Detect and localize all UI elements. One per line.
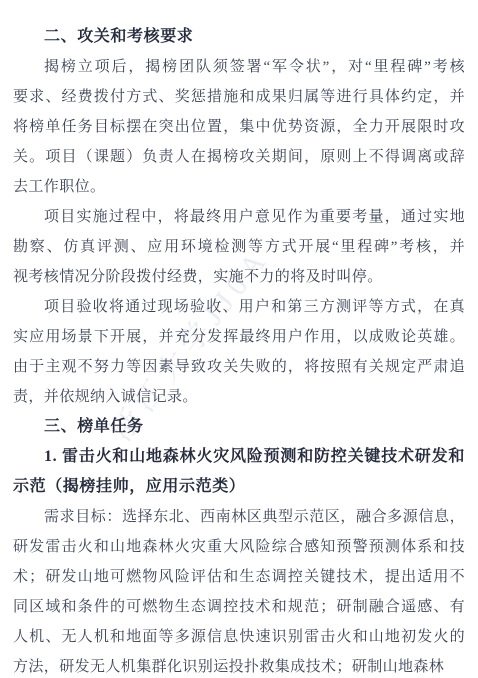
text-line: 1. 雷击火和山地森林火灾风险预测和防控关键技术研发和 — [13, 442, 465, 472]
paragraph-assessment-2: 项目实施过程中，将最终用户意见作为重要考量，通过实地勘察、仿真评测、应用环境检测… — [13, 202, 465, 292]
text-line: 人机、无人机和地面等多源信息快速识别雷击火和山地初发火的 — [13, 622, 465, 652]
text-line: 项目实施过程中，将最终用户意见作为重要考量，通过实地 — [13, 202, 465, 232]
text-line: 术；研发山地可燃物风险评估和生态调控关键技术，提出适用不 — [13, 562, 465, 592]
text-line: 研发雷击火和山地森林火灾重大风险综合感知预警预测体系和技 — [13, 532, 465, 562]
text-line: 视考核情况分阶段拨付经费，实施不力的将及时叫停。 — [13, 262, 465, 292]
text-line: 需求目标：选择东北、西南林区典型示范区，融合多源信息， — [13, 502, 465, 532]
text-line: 同区域和条件的可燃物生态调控技术和规范；研制融合遥感、有 — [13, 592, 465, 622]
text-line: 要求、经费拨付方式、奖惩措施和成果归属等进行具体约定，并 — [13, 82, 465, 112]
text-line: 去工作职位。 — [13, 172, 465, 202]
text-line: 揭榜立项后，揭榜团队须签署“军令状”，对“里程碑”考核 — [13, 52, 465, 82]
text-line: 二、攻关和考核要求 — [13, 22, 465, 52]
text-line: 责，并依规纳入诚信记录。 — [13, 382, 465, 412]
text-line: 由于主观不努力等因素导致攻关失败的，将按照有关规定严肃追 — [13, 352, 465, 382]
text-line: 示范（揭榜挂帅，应用示范类） — [13, 472, 465, 502]
task-1-goal-paragraph: 需求目标：选择东北、西南林区典型示范区，融合多源信息，研发雷击火和山地森林火灾重… — [13, 502, 465, 678]
text-line: 将榜单任务目标摆在突出位置，集中优势资源，全力开展限时攻 — [13, 112, 465, 142]
section-heading-3: 三、榜单任务 — [13, 412, 465, 442]
text-line: 方法，研发无人机集群化识别运投扑救集成技术；研制山地森林 — [13, 652, 465, 678]
paragraph-assessment-3: 项目验收将通过现场验收、用户和第三方测评等方式，在真实应用场景下开展，并充分发挥… — [13, 292, 465, 412]
text-line: 勘察、仿真评测、应用环境检测等方式开展“里程碑”考核，并 — [13, 232, 465, 262]
document-page: 浙江大学JJ0A 二、攻关和考核要求揭榜立项后，揭榜团队须签署“军令状”，对“里… — [0, 0, 478, 678]
section-heading-2: 二、攻关和考核要求 — [13, 22, 465, 52]
text-line: 项目验收将通过现场验收、用户和第三方测评等方式，在真 — [13, 292, 465, 322]
paragraph-assessment-1: 揭榜立项后，揭榜团队须签署“军令状”，对“里程碑”考核要求、经费拨付方式、奖惩措… — [13, 52, 465, 202]
text-line: 关。项目（课题）负责人在揭榜攻关期间，原则上不得调离或辞 — [13, 142, 465, 172]
document-body: 二、攻关和考核要求揭榜立项后，揭榜团队须签署“军令状”，对“里程碑”考核要求、经… — [13, 22, 465, 678]
text-line: 三、榜单任务 — [13, 412, 465, 442]
text-line: 实应用场景下开展，并充分发挥最终用户作用，以成败论英雄。 — [13, 322, 465, 352]
task-1-title: 1. 雷击火和山地森林火灾风险预测和防控关键技术研发和示范（揭榜挂帅，应用示范类… — [13, 442, 465, 502]
